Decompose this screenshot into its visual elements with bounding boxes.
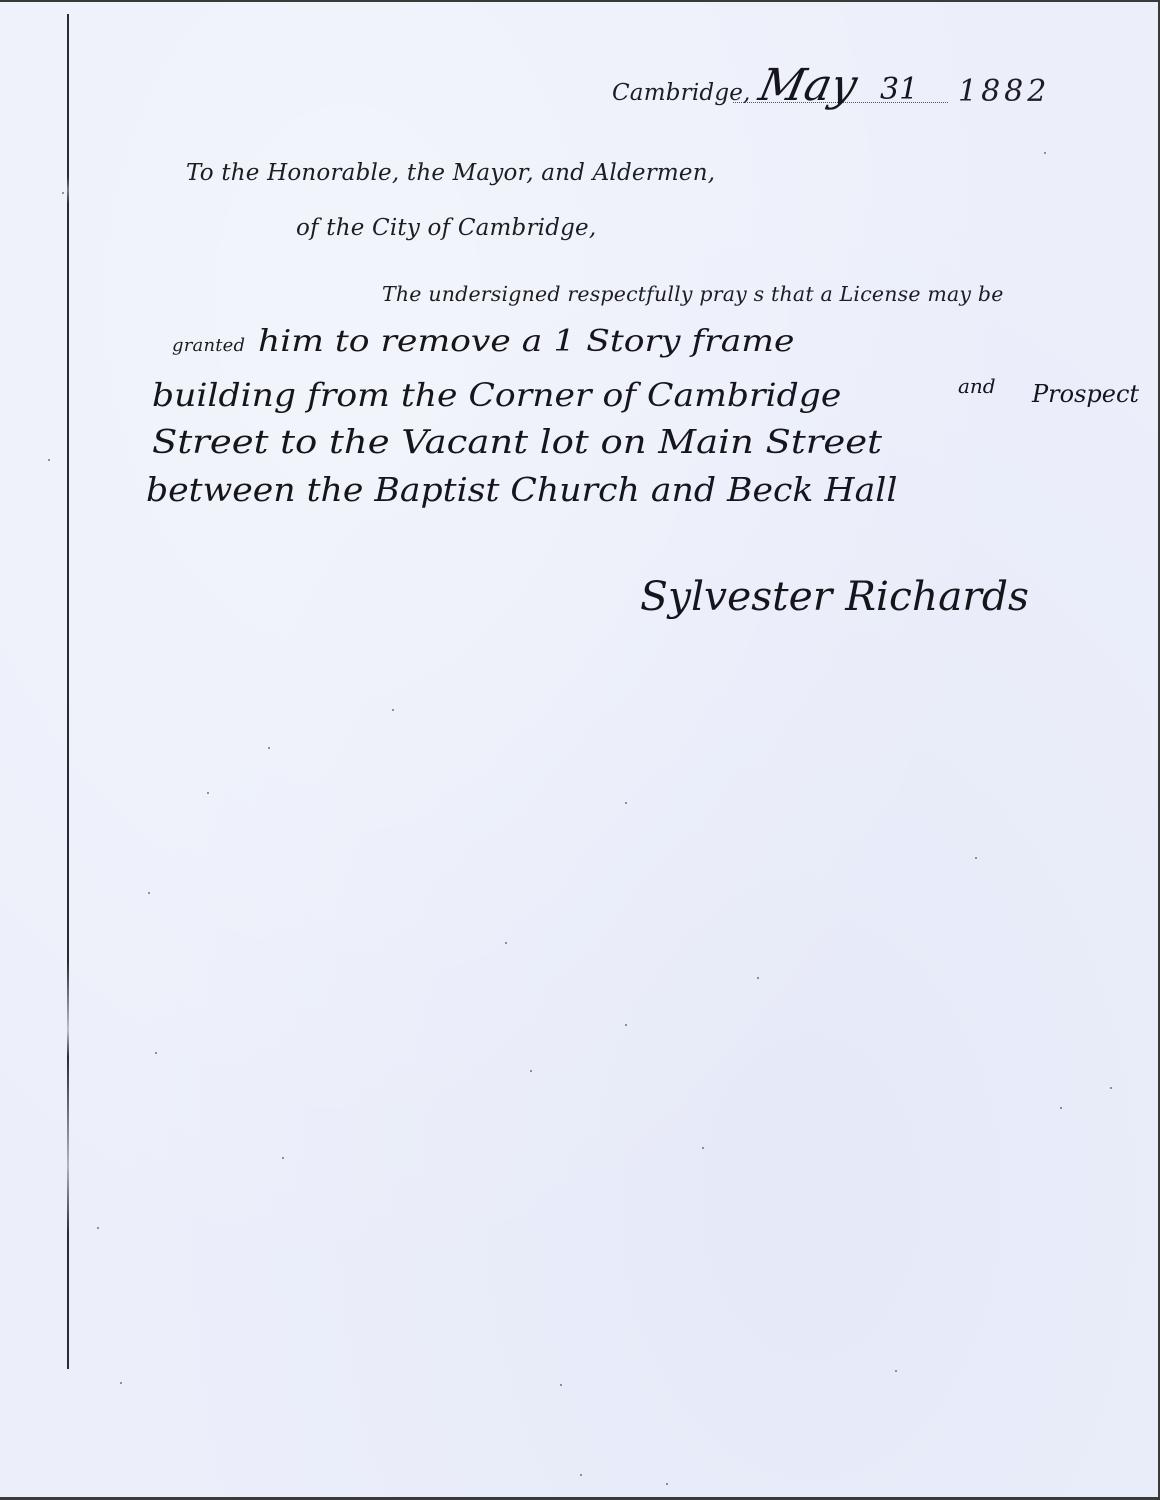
salutation-line-1: To the Honorable, the Mayor, and Alderme… [186, 160, 715, 186]
date-year: 1882 [958, 74, 1050, 109]
paper-speck [392, 709, 394, 711]
date-city: Cambridge, [612, 80, 751, 106]
paper-speck [207, 792, 209, 794]
paper-speck [1044, 152, 1046, 154]
paper-speck [666, 1483, 668, 1485]
handwritten-line-2: building from the Corner of Cambridge [152, 376, 841, 414]
date-day: 31 [880, 72, 918, 107]
paper-speck [625, 802, 627, 804]
paper-speck [282, 1157, 284, 1159]
paper-speck [895, 1370, 897, 1372]
paper-speck [48, 459, 50, 461]
paper-speck [530, 1070, 532, 1072]
handwritten-line-4: between the Baptist Church and Beck Hall [146, 470, 897, 509]
paper-speck [1110, 1087, 1112, 1089]
paper-speck [580, 1474, 582, 1476]
paper-speck [505, 942, 507, 944]
paper-speck [1060, 1107, 1062, 1109]
handwritten-line-2-superscript: and [958, 374, 996, 398]
paper-speck [97, 1227, 99, 1229]
paper-speck [560, 1384, 562, 1386]
paper-speck [268, 747, 270, 749]
handwritten-line-2-end: Prospect [1032, 380, 1139, 408]
paper-speck [155, 1052, 157, 1054]
handwritten-line-3: Street to the Vacant lot on Main Street [152, 422, 882, 461]
petition-intro: The undersigned respectfully pray s that… [382, 282, 1004, 306]
paper-speck [625, 1024, 627, 1026]
margin-rule [67, 14, 69, 1369]
paper-speck [975, 857, 977, 859]
paper-speck [62, 192, 64, 194]
document-page: Cambridge, May 31 1882 To the Honorable,… [0, 2, 1158, 1497]
signature: Sylvester Richards [640, 574, 1029, 620]
petition-granted: granted [172, 335, 245, 356]
paper-speck [120, 1382, 122, 1384]
date-month: May [755, 60, 862, 111]
paper-speck [702, 1147, 704, 1149]
handwritten-line-1: him to remove a 1 Story frame [258, 324, 794, 359]
paper-speck [757, 977, 759, 979]
salutation-line-2: of the City of Cambridge, [296, 215, 596, 241]
paper-speck [148, 892, 150, 894]
